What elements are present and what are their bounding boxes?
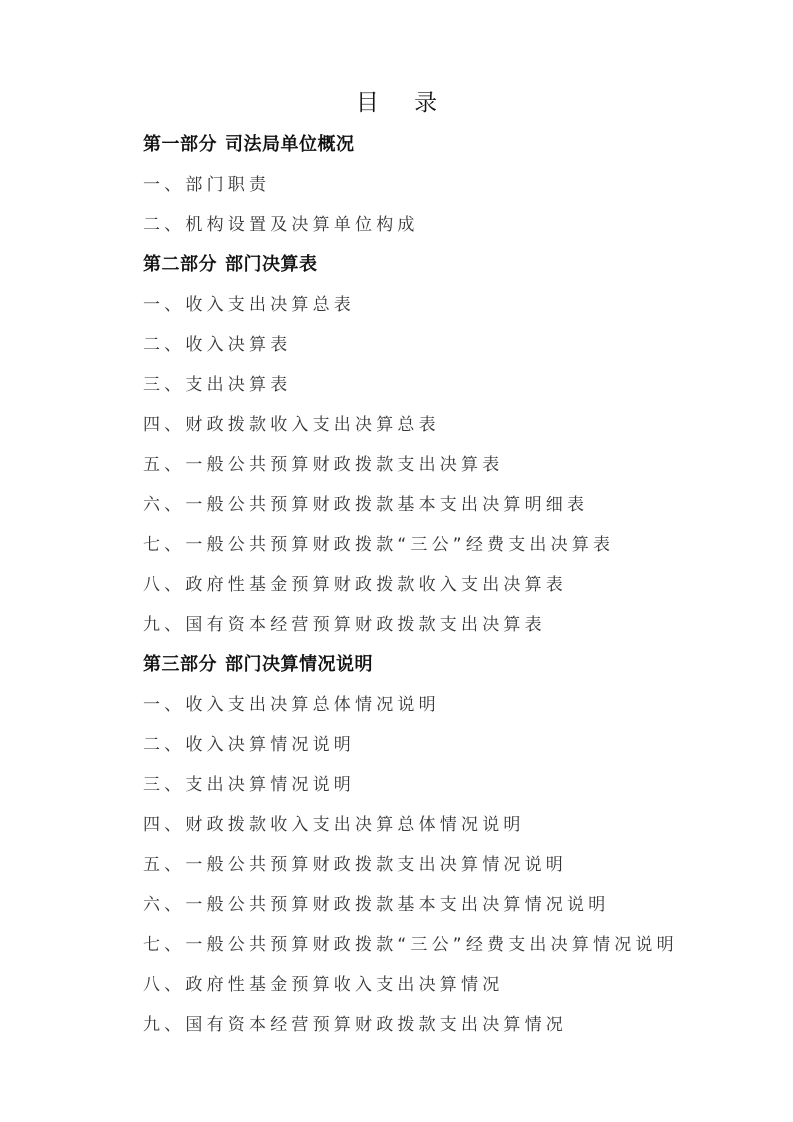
toc-part-heading[interactable]: 第二部分部门决算表 (143, 245, 678, 285)
toc-item[interactable]: 八、政府性基金预算收入支出决算情况 (143, 965, 678, 1005)
toc-item[interactable]: 六、一般公共预算财政拨款基本支出决算情况说明 (143, 885, 678, 925)
toc-item[interactable]: 六、一般公共预算财政拨款基本支出决算明细表 (143, 485, 678, 525)
toc-item[interactable]: 五、一般公共预算财政拨款支出决算情况说明 (143, 845, 678, 885)
toc-item[interactable]: 二、收入决算情况说明 (143, 725, 678, 765)
part-name: 司法局单位概况 (225, 134, 355, 155)
table-of-contents: 第一部分司法局单位概况 一、部门职责 二、机构设置及决算单位构成 第二部分部门决… (143, 125, 678, 1045)
toc-item[interactable]: 三、支出决算情况说明 (143, 765, 678, 805)
toc-item[interactable]: 二、收入决算表 (143, 325, 678, 365)
part-number: 第一部分 (143, 134, 217, 155)
toc-item[interactable]: 八、政府性基金预算财政拨款收入支出决算表 (143, 565, 678, 605)
toc-item[interactable]: 一、收入支出决算总表 (143, 285, 678, 325)
toc-item[interactable]: 九、国有资本经营预算财政拨款支出决算表 (143, 605, 678, 645)
toc-part-heading[interactable]: 第一部分司法局单位概况 (143, 125, 678, 165)
page-title: 目 录 (0, 84, 793, 117)
part-number: 第二部分 (143, 254, 217, 275)
part-name: 部门决算表 (225, 254, 318, 275)
toc-item[interactable]: 九、国有资本经营预算财政拨款支出决算情况 (143, 1005, 678, 1045)
part-number: 第三部分 (143, 654, 217, 675)
toc-item[interactable]: 二、机构设置及决算单位构成 (143, 205, 678, 245)
toc-part-heading[interactable]: 第三部分部门决算情况说明 (143, 645, 678, 685)
toc-item[interactable]: 四、财政拨款收入支出决算总体情况说明 (143, 805, 678, 845)
toc-item[interactable]: 一、收入支出决算总体情况说明 (143, 685, 678, 725)
toc-item[interactable]: 五、一般公共预算财政拨款支出决算表 (143, 445, 678, 485)
toc-item[interactable]: 一、部门职责 (143, 165, 678, 205)
toc-item[interactable]: 四、财政拨款收入支出决算总表 (143, 405, 678, 445)
toc-item[interactable]: 七、一般公共预算财政拨款“三公”经费支出决算情况说明 (143, 925, 678, 965)
toc-item[interactable]: 七、一般公共预算财政拨款“三公”经费支出决算表 (143, 525, 678, 565)
part-name: 部门决算情况说明 (225, 654, 373, 675)
toc-item[interactable]: 三、支出决算表 (143, 365, 678, 405)
